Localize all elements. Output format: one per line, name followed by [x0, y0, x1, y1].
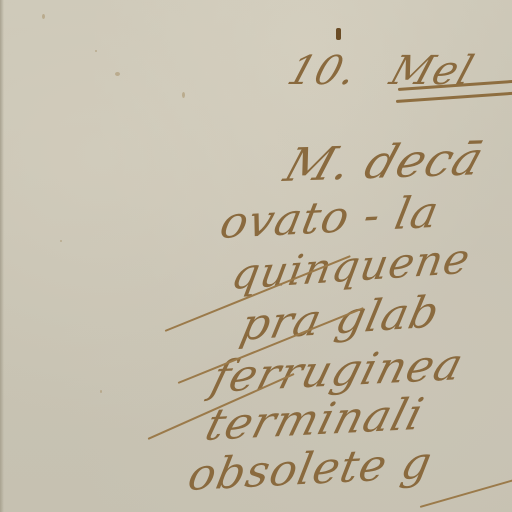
paper-left-edge [0, 0, 4, 512]
paper-speck [60, 240, 62, 242]
manuscript-line-1: M. decā [278, 131, 491, 192]
entry-number: 10. [282, 48, 364, 94]
paper-speck [182, 92, 185, 98]
paper-speck [95, 50, 97, 52]
paper-speck [42, 14, 45, 19]
accent-mark [336, 28, 341, 40]
paper-speck [100, 390, 102, 393]
paper-speck [115, 72, 120, 76]
